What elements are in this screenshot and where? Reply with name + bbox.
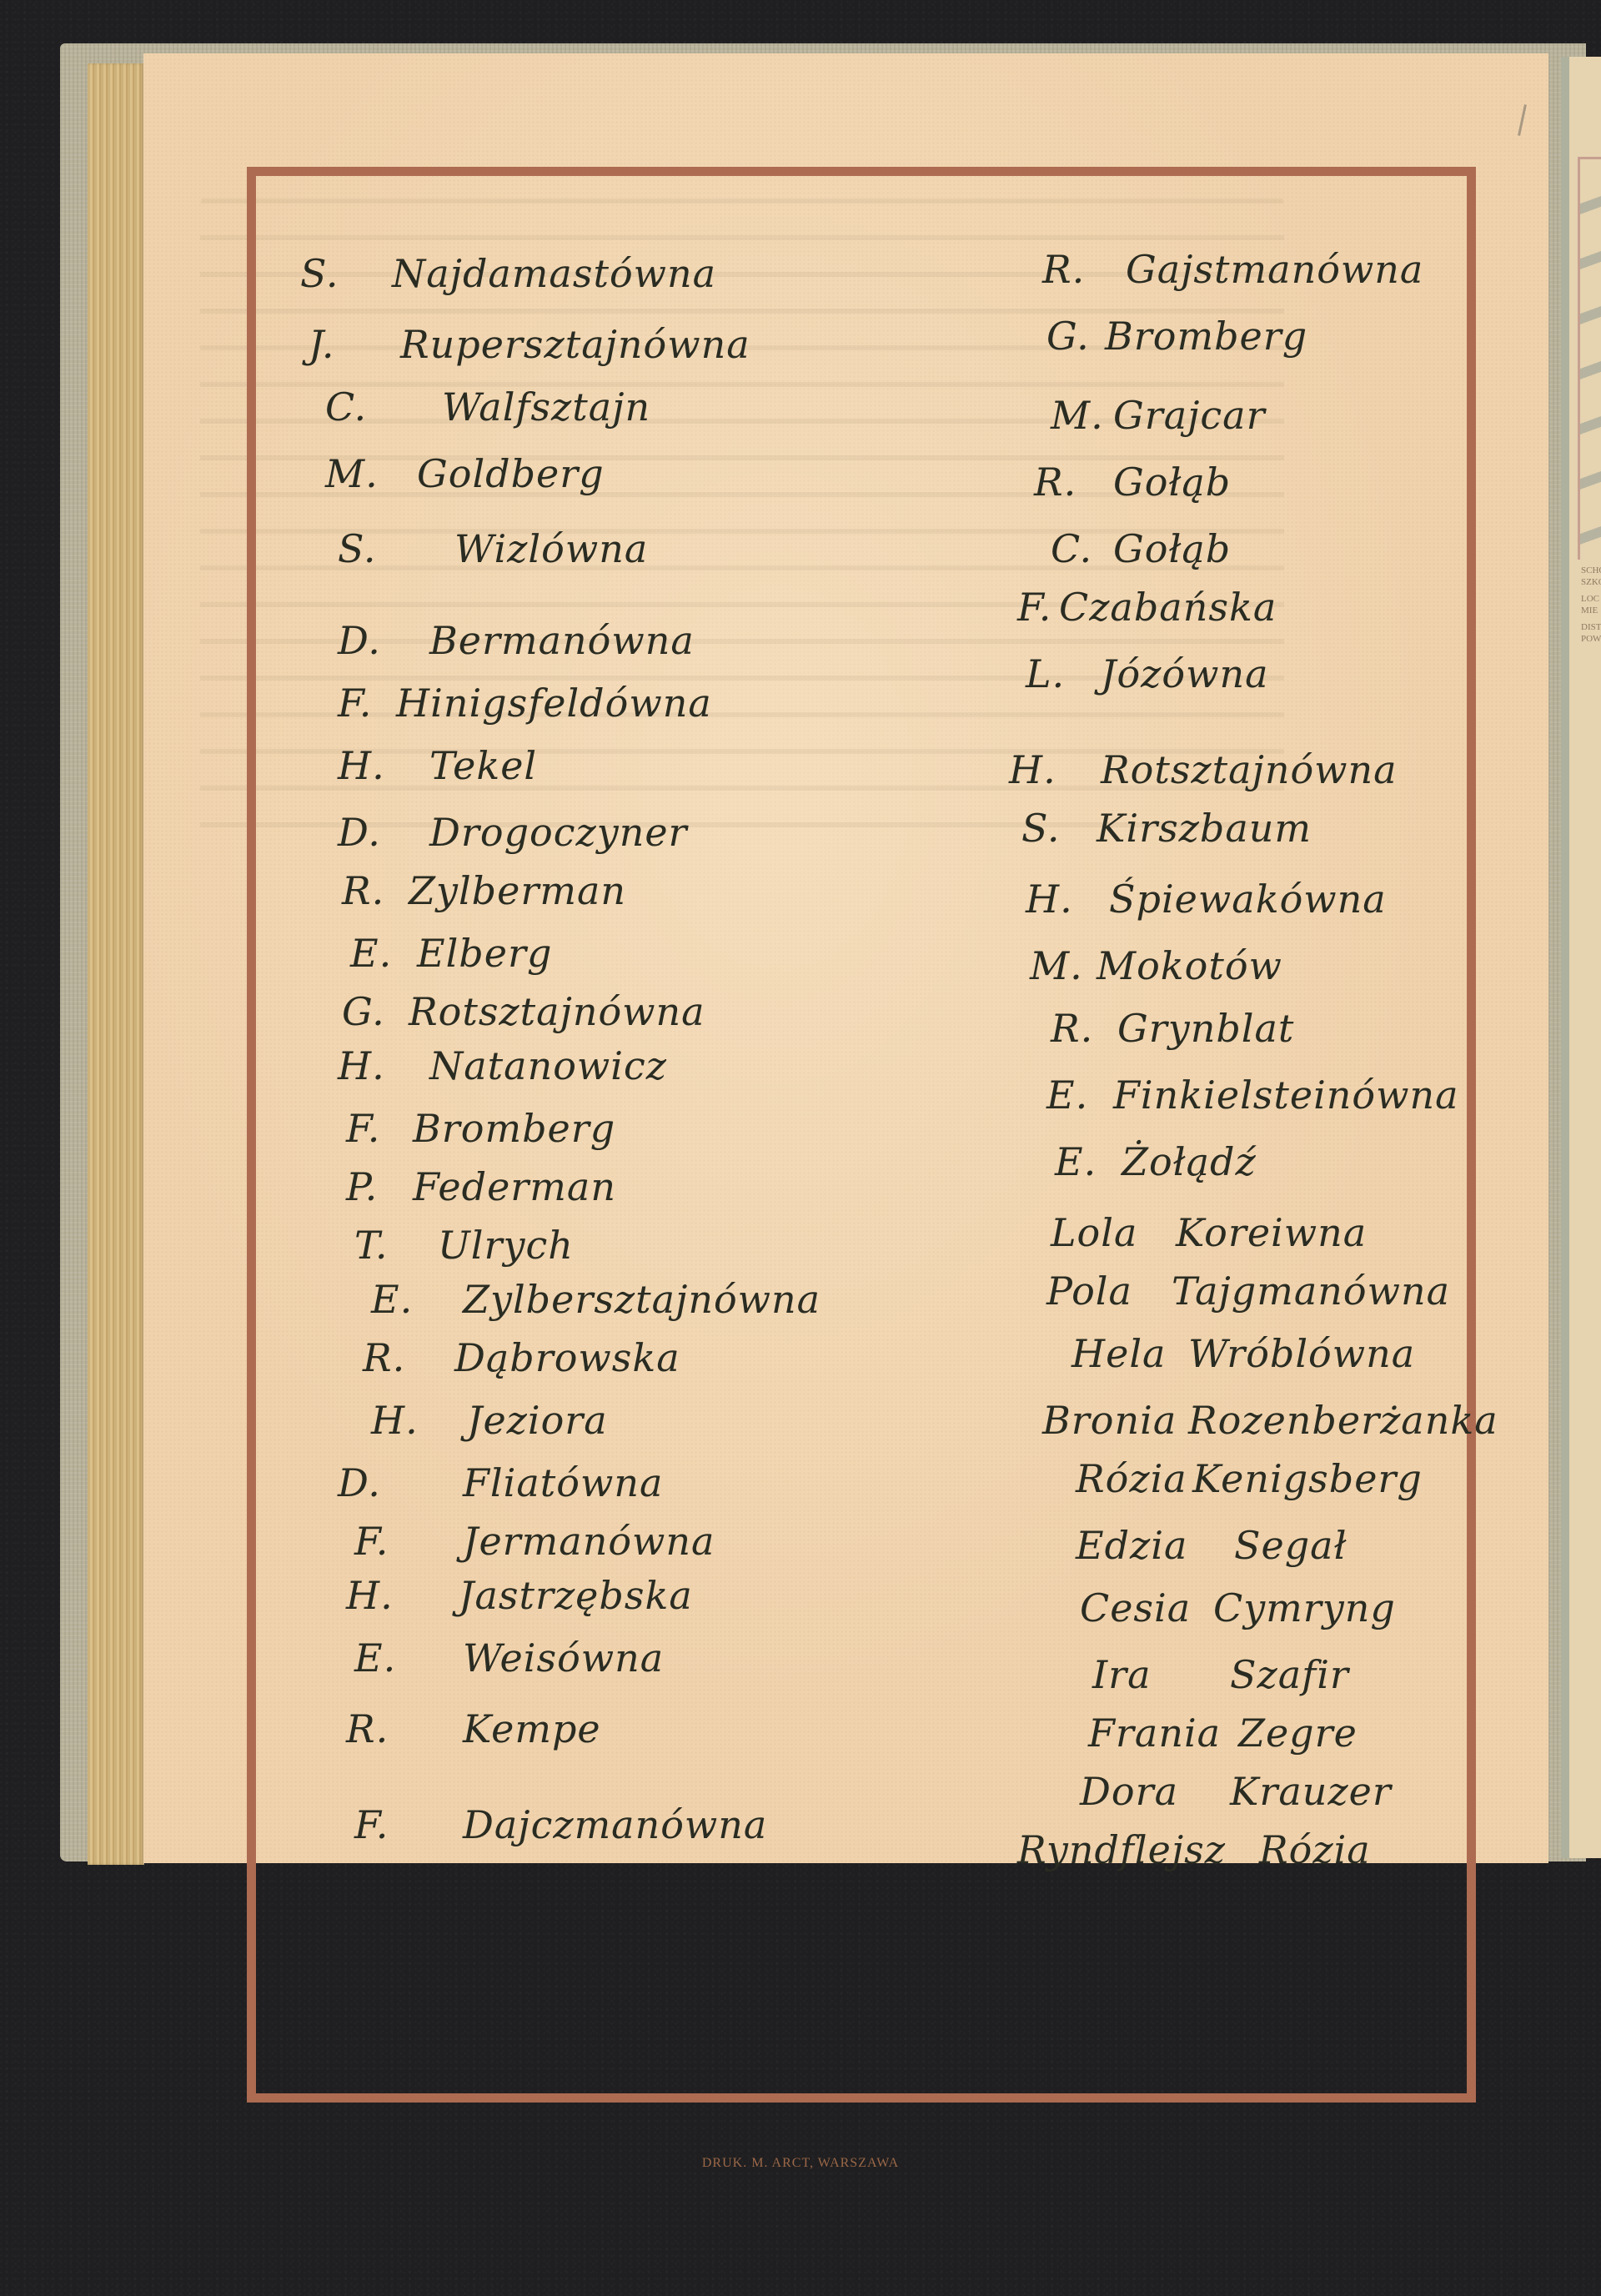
signature-surname: Żołądź (1122, 1139, 1257, 1184)
ornament-border (1578, 157, 1601, 560)
signature-surname: Natanowicz (429, 1043, 667, 1088)
signature-initial: S. (338, 530, 454, 568)
fragment-label: LOC (1581, 594, 1599, 604)
signature-surname: Kenigsberg (1192, 1456, 1423, 1501)
signature-surname: Dajczmanówna (463, 1802, 767, 1847)
signature-surname: Rupersztajnówna (400, 322, 750, 367)
signature-initial: R. (363, 1339, 454, 1377)
signature-surname: Tajgmanówna (1172, 1269, 1450, 1314)
signature-initial: R. (1042, 250, 1126, 289)
signature-initial: Cesia (1080, 1589, 1213, 1627)
signature: H.Jeziora (371, 1401, 608, 1439)
signature-initial: D. (338, 1464, 463, 1502)
signature-initial: F. (354, 1522, 463, 1560)
signature: S.Najdamastówna (300, 254, 716, 293)
signature-initial: M. (1030, 947, 1097, 985)
fragment-label: MIE (1581, 605, 1598, 615)
signature-initial: H. (1009, 751, 1101, 789)
signature-surname: Dąbrowska (454, 1335, 680, 1380)
signature-surname: Weisówna (463, 1635, 664, 1681)
printer-imprint: DRUK. M. ARCT, WARSZAWA (0, 2156, 1601, 2171)
signature-surname: Bermanówna (429, 618, 695, 663)
signature-initial: F. (1017, 588, 1059, 626)
signature-initial: E. (350, 934, 417, 972)
signature: M.Grajcar (1051, 396, 1266, 435)
signature-initial: Dora (1080, 1772, 1230, 1811)
signature-surname: Czabańska (1059, 585, 1277, 630)
signature-surname: Goldberg (417, 451, 605, 496)
signature-surname: Wróblówna (1188, 1331, 1415, 1376)
signature-surname: Zylbersztajnówna (463, 1277, 821, 1322)
signature-surname: Walfsztajn (442, 384, 650, 430)
signature-surname: Tekel (429, 743, 537, 788)
signature: CesiaCymryng (1080, 1589, 1396, 1627)
signature-surname: Grynblat (1117, 1006, 1294, 1051)
signature: L.Józówna (1026, 655, 1269, 693)
signature: DoraKrauzer (1080, 1772, 1392, 1811)
signature-surname: Hinigsfeldówna (396, 681, 712, 726)
signature-surname: Elberg (417, 931, 552, 976)
signature: E.Elberg (350, 934, 552, 972)
signature: T.Ulrych (354, 1226, 574, 1264)
signature-initial: H. (338, 746, 429, 785)
signature: F.Bromberg (346, 1109, 615, 1148)
signature: G.Bromberg (1046, 317, 1307, 355)
fragment-label: SCHO (1581, 565, 1601, 575)
signature: PolaTajgmanówna (1046, 1272, 1450, 1310)
signature-surname: Drogoczyner (429, 810, 688, 855)
signature: H.Tekel (338, 746, 537, 785)
signature-surname: Rozenberżanka (1188, 1398, 1498, 1443)
signature-initial: R. (346, 1710, 463, 1748)
signature-surname: Wizlówna (454, 526, 648, 571)
signature-surname: Jeziora (467, 1398, 608, 1443)
signature-surname: Gajstmanówna (1126, 247, 1423, 292)
signature: LolaKoreiwna (1051, 1213, 1367, 1252)
signature-surname: Federman (413, 1164, 616, 1209)
signature: R.Gołąb (1034, 463, 1231, 501)
signature-surname: Gołąb (1113, 526, 1231, 571)
signature-initial: F. (346, 1109, 413, 1148)
signature: E.Weisówna (354, 1639, 664, 1677)
signature: G.Rotsztajnówna (342, 992, 705, 1031)
signature-surname: Segał (1234, 1523, 1348, 1568)
signature: H.Jastrzębska (346, 1576, 693, 1615)
signature: H.Rotsztajnówna (1009, 751, 1398, 789)
signature-initial: P. (346, 1168, 413, 1206)
signature-initial: R. (1034, 463, 1113, 501)
signature-initial: H. (346, 1576, 459, 1615)
signature-surname: Cymryng (1213, 1585, 1396, 1630)
signature-surname: Bromberg (413, 1106, 615, 1151)
signature-surname: Rotsztajnówna (409, 989, 705, 1034)
signature-surname: Krauzer (1230, 1769, 1392, 1814)
signature-initial: D. (338, 621, 429, 660)
signature-surname: Jermanówna (463, 1519, 715, 1564)
signature-initial: C. (325, 388, 442, 426)
signature-initial: S. (1021, 809, 1097, 847)
signature-surname: Najdamastówna (392, 251, 716, 296)
signature: F.Hinigsfeldówna (338, 684, 712, 722)
signature-initial: G. (1046, 317, 1105, 355)
signature-surname: Ulrych (438, 1223, 574, 1268)
signature-initial: G. (342, 992, 409, 1031)
fragment-label: SZKO (1581, 577, 1601, 587)
signature: F.Dajczmanówna (354, 1806, 767, 1844)
signature: P.Federman (346, 1168, 616, 1206)
signature: R.Zylberman (342, 872, 626, 910)
signature: RyndflejszRózia (1017, 1831, 1371, 1869)
signature-initial: S. (300, 254, 392, 293)
signature-surname: Kempe (463, 1706, 601, 1751)
signature-initial: Edzia (1076, 1526, 1234, 1565)
signature-initial: M. (325, 455, 417, 493)
signature-initial: H. (371, 1401, 467, 1439)
signature-surname: Józówna (1101, 651, 1269, 696)
signature-surname: Zylberman (409, 868, 626, 913)
signature: F.Jermanówna (354, 1522, 715, 1560)
signature: E.Finkielsteinówna (1046, 1076, 1459, 1114)
signature-initial: E. (371, 1280, 463, 1319)
signature-initial: M. (1051, 396, 1113, 435)
signature: FraniaZegre (1088, 1714, 1358, 1752)
signature-initial: Ira (1092, 1655, 1230, 1694)
signature-initial: Hela (1072, 1334, 1188, 1373)
signature: J.Rupersztajnówna (309, 325, 750, 364)
signature-surname: Rotsztajnówna (1101, 747, 1398, 792)
signature-initial: F. (354, 1806, 463, 1844)
signature: E.Zylbersztajnówna (371, 1280, 821, 1319)
signature: RóziaKenigsberg (1076, 1459, 1423, 1498)
signature: F.Czabańska (1017, 588, 1277, 626)
signature: R.Kempe (346, 1710, 601, 1748)
signature-surname: Mokotów (1097, 943, 1282, 988)
signature-initial: H. (338, 1047, 429, 1085)
signature-surname: Grajcar (1113, 393, 1266, 438)
signature-initial: E. (1055, 1143, 1122, 1181)
signature-initial: L. (1026, 655, 1101, 693)
signature: EdziaSegał (1076, 1526, 1348, 1565)
signature: M.Mokotów (1030, 947, 1282, 985)
signature-surname: Śpiewakówna (1109, 877, 1387, 922)
signature: D.Drogoczyner (338, 813, 688, 852)
signature: R.Dąbrowska (363, 1339, 680, 1377)
signature: IraSzafir (1092, 1655, 1349, 1694)
signature: H.Natanowicz (338, 1047, 667, 1085)
fragment-label: DIST (1581, 622, 1601, 632)
signature: C.Walfsztajn (325, 388, 650, 426)
signature-initial: D. (338, 813, 429, 852)
signature-surname: Jastrzębska (459, 1573, 693, 1618)
signature-initial: Ryndflejsz (1017, 1831, 1259, 1869)
signature-initial: R. (1051, 1009, 1117, 1048)
signature-initial: H. (1026, 880, 1109, 918)
signature: D.Fliatówna (338, 1464, 663, 1502)
signature-initial: Pola (1046, 1272, 1172, 1310)
signature-surname: Finkielsteinówna (1113, 1073, 1459, 1118)
signature: HelaWróblówna (1072, 1334, 1415, 1373)
signature-initial: T. (354, 1226, 438, 1264)
signature-surname: Szafir (1230, 1652, 1349, 1697)
signature-surname: Bromberg (1105, 314, 1307, 359)
signature: H.Śpiewakówna (1026, 880, 1387, 918)
signature-initial: Lola (1051, 1213, 1176, 1252)
signature-surname: Gołąb (1113, 460, 1231, 505)
page-edges (88, 63, 144, 1865)
signature-surname: Zegre (1238, 1711, 1358, 1756)
signature-surname: Koreiwna (1176, 1210, 1367, 1255)
signature-initial: Frania (1088, 1714, 1238, 1752)
signature-initial: R. (342, 872, 409, 910)
signature: BroniaRozenberżanka (1042, 1401, 1498, 1439)
signature-surname: Fliatówna (463, 1460, 663, 1505)
next-page-fragment: SCHO SZKO LOC MIE DIST POW (1561, 57, 1601, 1858)
signature: C.Gołąb (1051, 530, 1231, 568)
signature: E.Żołądź (1055, 1143, 1257, 1181)
signature-initial: Bronia (1042, 1401, 1188, 1439)
signature: D.Bermanówna (338, 621, 695, 660)
signature-initial: Rózia (1076, 1459, 1192, 1498)
signature: R.Gajstmanówna (1042, 250, 1423, 289)
signature-initial: J. (309, 325, 400, 364)
signature: R.Grynblat (1051, 1009, 1294, 1048)
signature-surname: Kirszbaum (1097, 806, 1312, 851)
signature: M.Goldberg (325, 455, 605, 493)
signature-initial: E. (1046, 1076, 1113, 1114)
signature-initial: F. (338, 684, 396, 722)
signature: S.Kirszbaum (1021, 809, 1312, 847)
signature: S.Wizlówna (338, 530, 648, 568)
signature-initial: C. (1051, 530, 1113, 568)
fragment-label: POW (1581, 634, 1601, 644)
signature-surname: Rózia (1259, 1827, 1371, 1872)
signature-initial: E. (354, 1639, 463, 1677)
